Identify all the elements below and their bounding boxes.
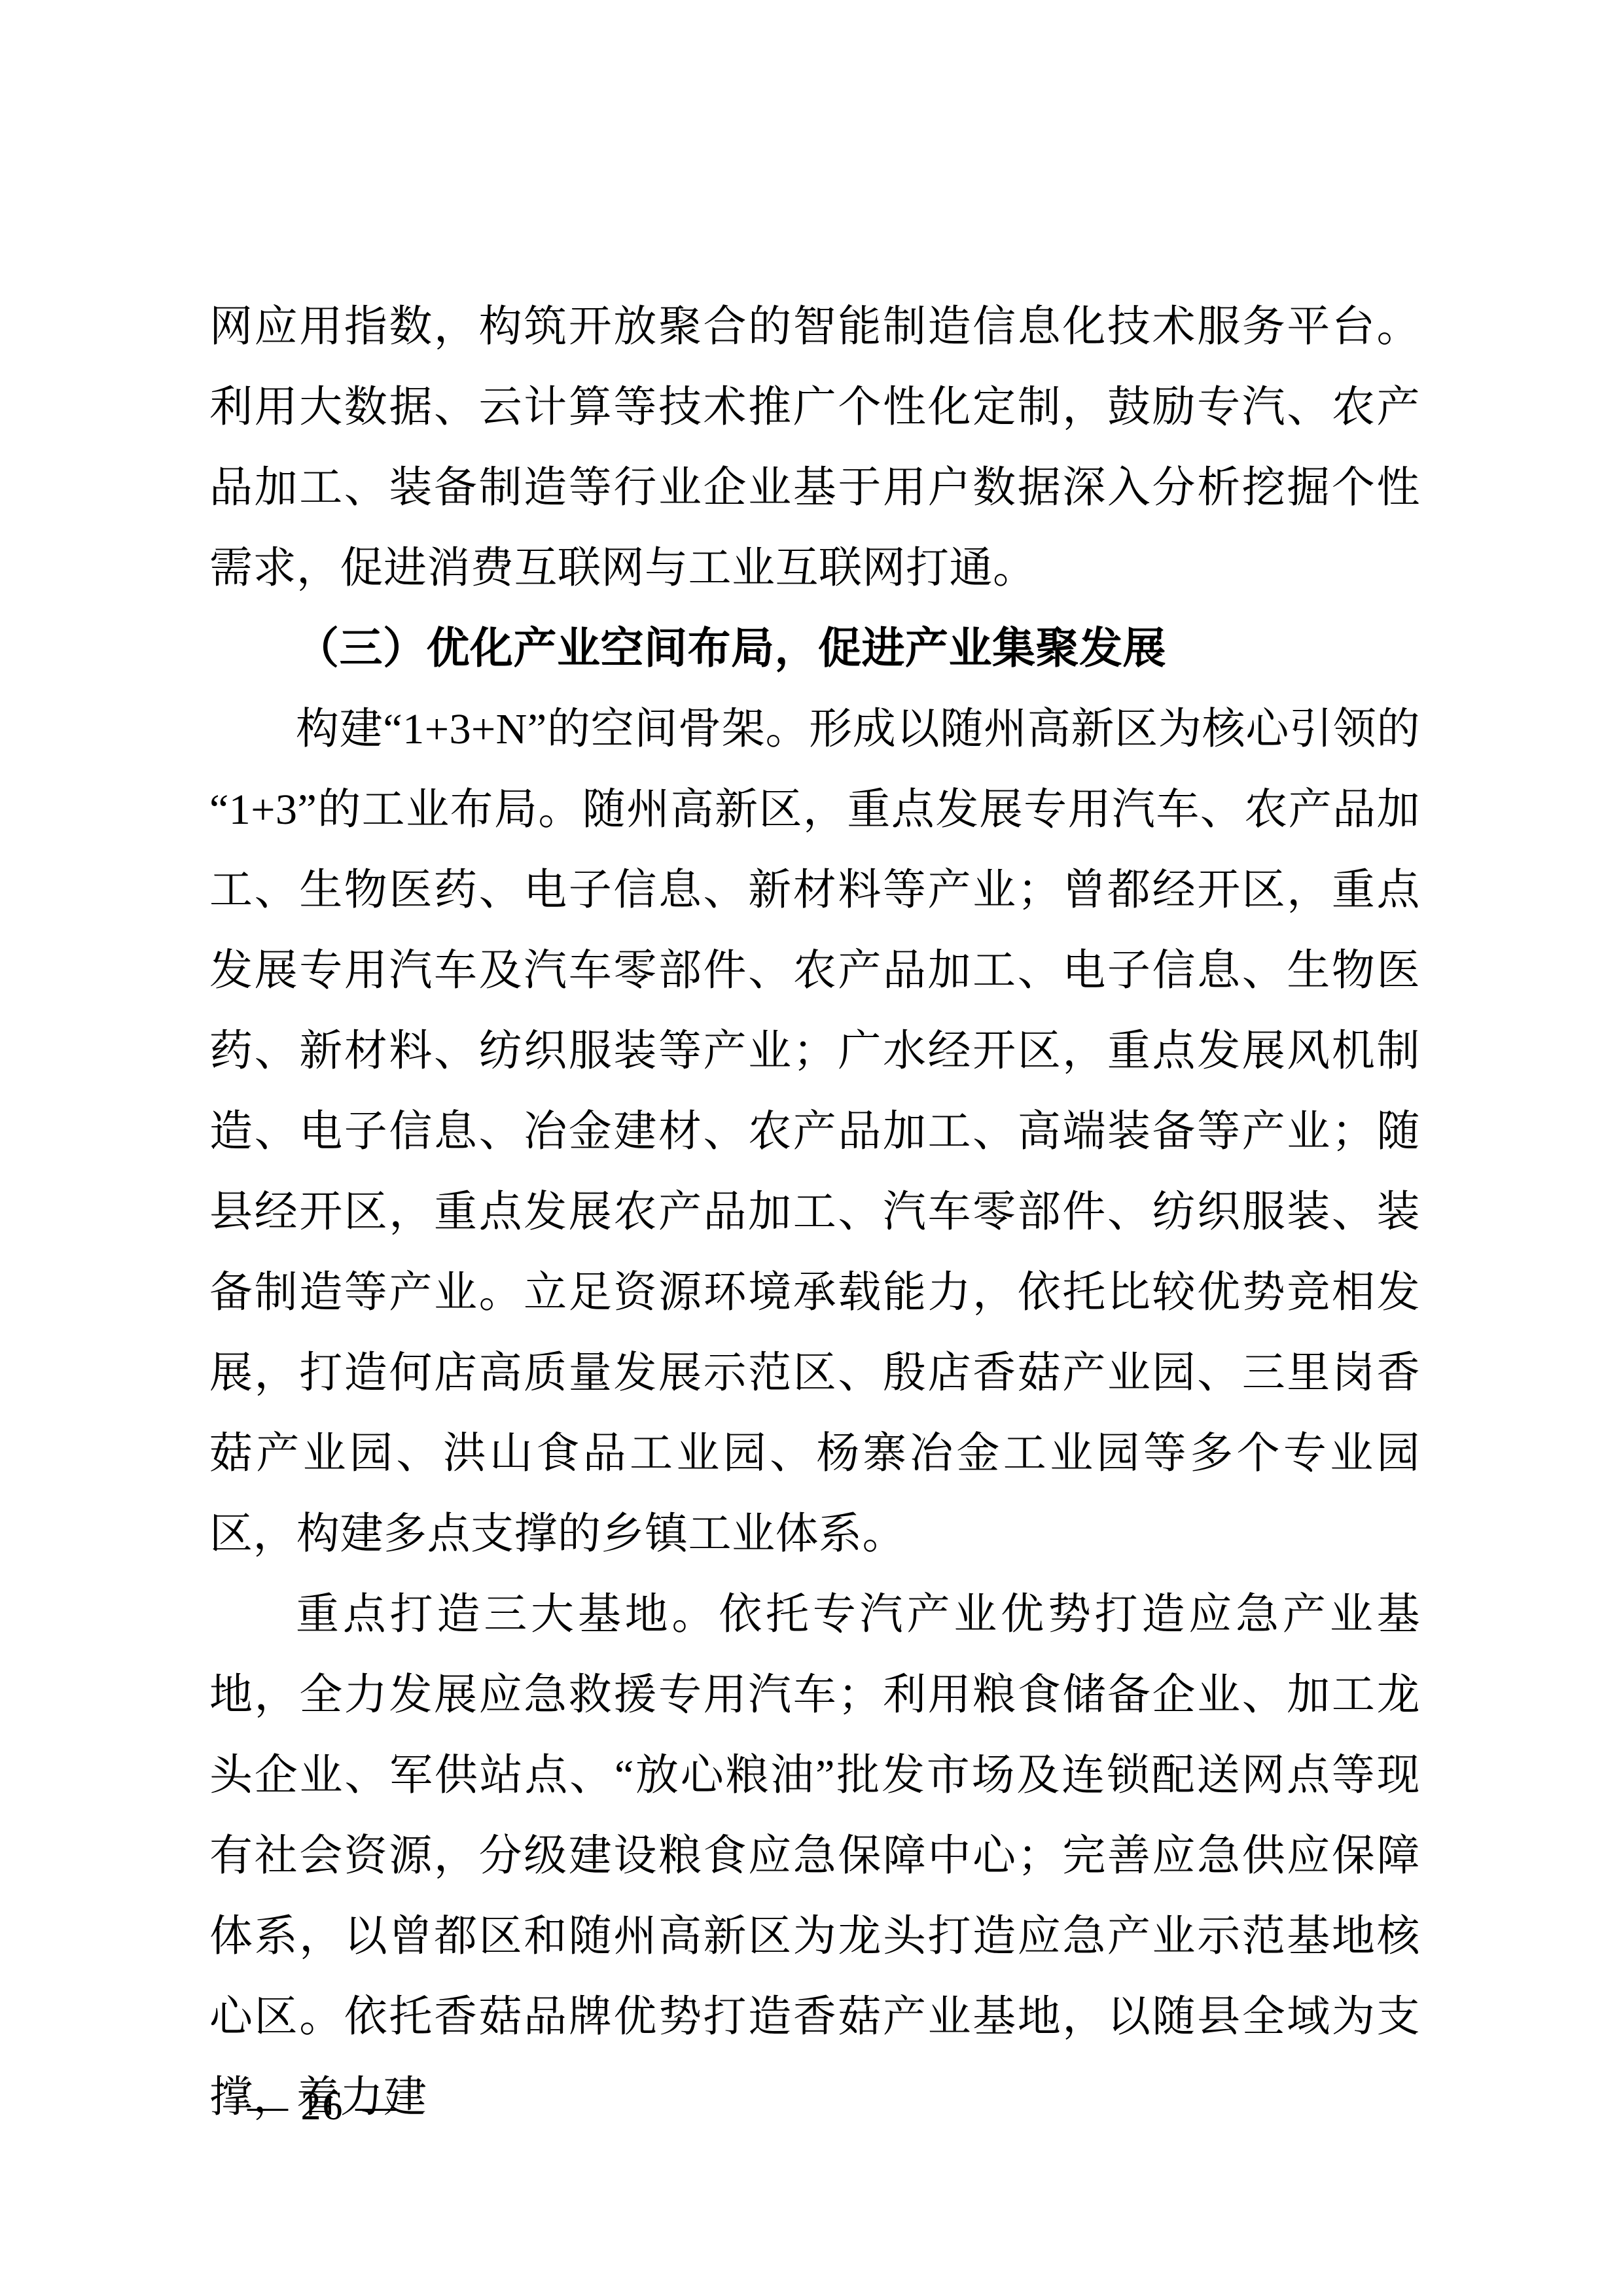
text-block: 网应用指数，构筑开放聚合的智能制造信息化技术服务平台。利用大数据、云计算等技术推… <box>209 287 1420 2138</box>
section-heading: （三）优化产业空间布局，促进产业集聚发展 <box>209 609 1420 689</box>
paragraph-spatial-layout: 构建“1+3+N”的空间骨架。形成以随州高新区为核心引领的“1+3”的工业布局。… <box>209 689 1420 1574</box>
page-number: — 26 — <box>247 2086 397 2127</box>
paragraph-continuation: 网应用指数，构筑开放聚合的智能制造信息化技术服务平台。利用大数据、云计算等技术推… <box>209 287 1420 609</box>
document-page: 网应用指数，构筑开放聚合的智能制造信息化技术服务平台。利用大数据、云计算等技术推… <box>0 0 1623 2296</box>
paragraph-three-bases: 重点打造三大基地。依托专汽产业优势打造应急产业基地，全力发展应急救援专用汽车；利… <box>209 1574 1420 2138</box>
